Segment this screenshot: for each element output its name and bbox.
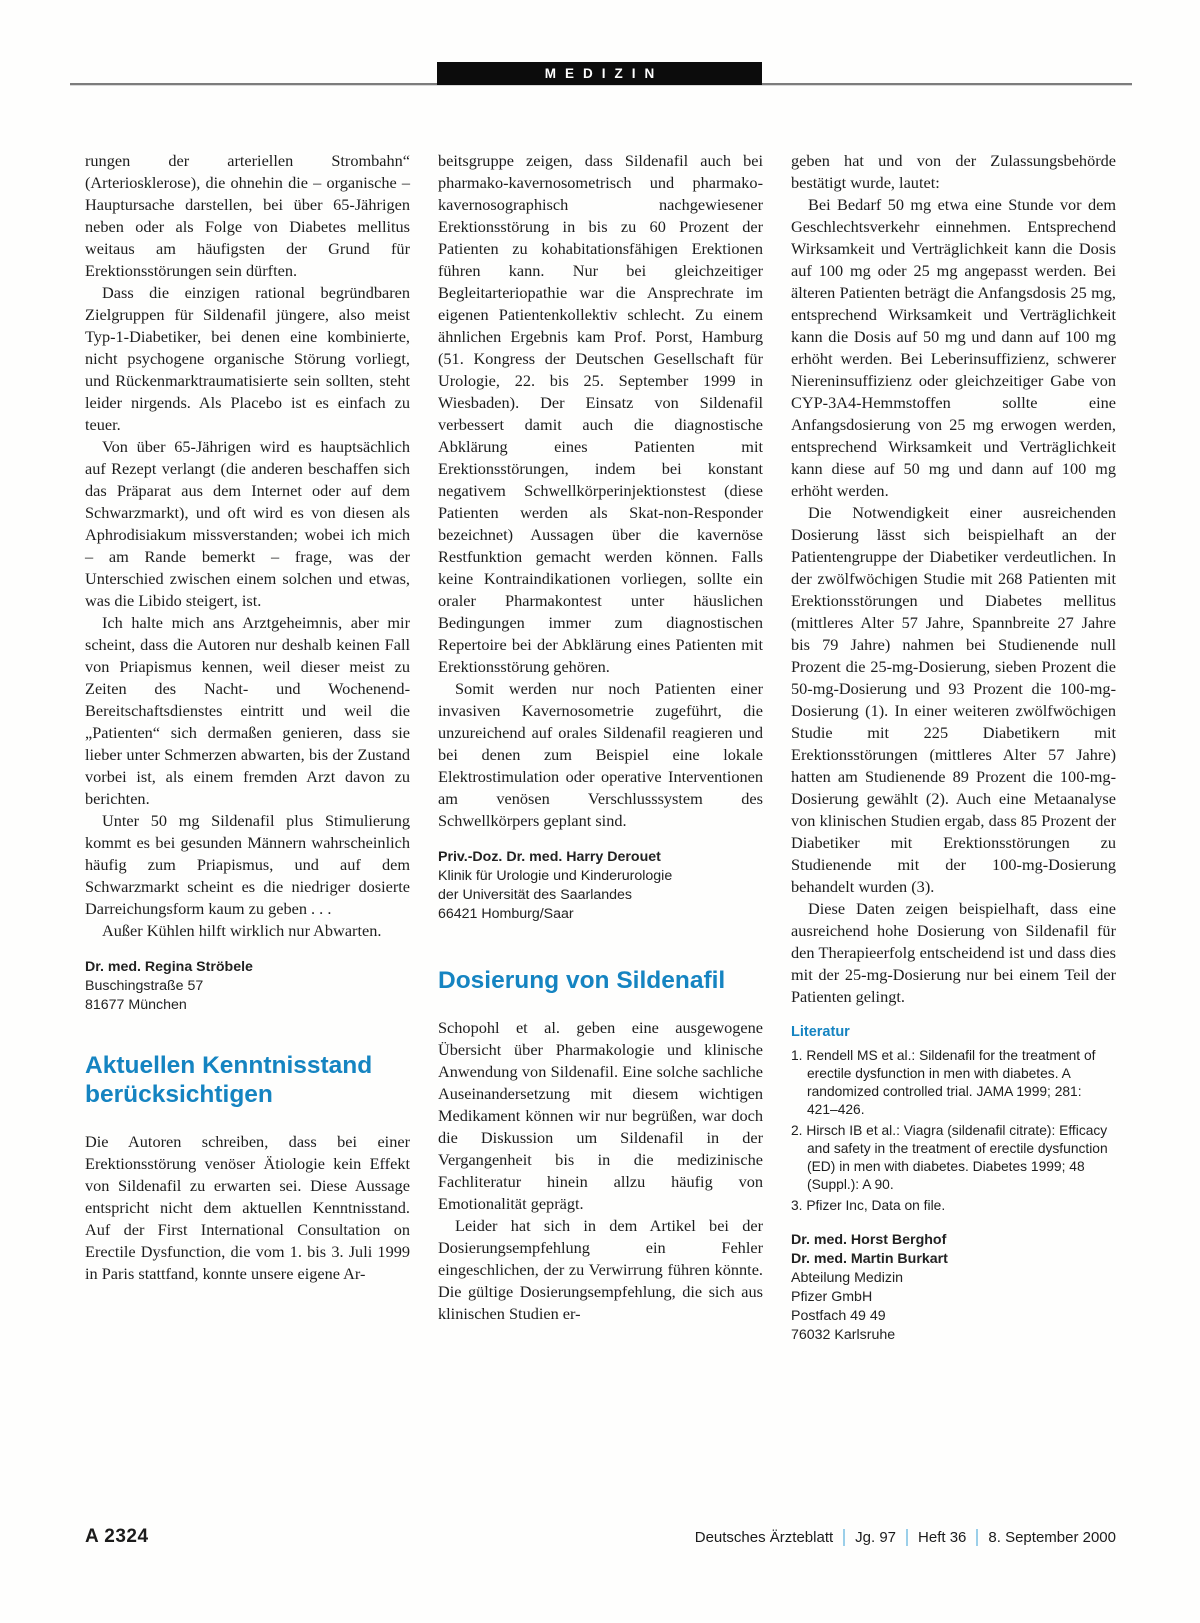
journal-meta: Deutsches Ärzteblatt Jg. 97 Heft 36 8. S… bbox=[695, 1529, 1116, 1546]
footer-separator bbox=[906, 1529, 908, 1546]
body-paragraph: Leider hat sich in dem Artikel bei der D… bbox=[438, 1215, 763, 1325]
author-address-line: 66421 Homburg/Saar bbox=[438, 905, 763, 924]
author-address-line: Buschingstraße 57 bbox=[85, 977, 410, 996]
body-paragraph: geben hat und von der Zulassungsbehörde … bbox=[791, 150, 1116, 194]
reference-number: 1. bbox=[791, 1048, 803, 1063]
page-footer: A 2324 Deutsches Ärzteblatt Jg. 97 Heft … bbox=[85, 1526, 1116, 1548]
journal-issue: Heft 36 bbox=[918, 1529, 966, 1546]
body-paragraph: Schopohl et al. geben eine ausgewogene Ü… bbox=[438, 1017, 763, 1215]
section-heading: Aktuellen Kenntnisstand berücksichtigen bbox=[85, 1051, 410, 1109]
body-paragraph: Von über 65-Jährigen wird es hauptsächli… bbox=[85, 436, 410, 612]
footer-separator bbox=[843, 1529, 845, 1546]
body-paragraph: Diese Daten zeigen beispielhaft, dass ei… bbox=[791, 898, 1116, 1008]
author-name: Dr. med. Regina Ströbele bbox=[85, 958, 410, 977]
author-address-line: der Universität des Saarlandes bbox=[438, 886, 763, 905]
body-paragraph: Dass die einzigen rational begründbaren … bbox=[85, 282, 410, 436]
body-paragraph: Außer Kühlen hilft wirklich nur Abwarten… bbox=[85, 920, 410, 942]
section-banner: MEDIZIN bbox=[437, 62, 762, 85]
column-1: rungen der arteriellen Strombahn“ (Arter… bbox=[85, 150, 410, 1345]
journal-date: 8. September 2000 bbox=[988, 1529, 1116, 1546]
reference-item: 3. Pfizer Inc, Data on file. bbox=[791, 1197, 1116, 1215]
literature-heading: Literatur bbox=[791, 1024, 1116, 1040]
page-number: A 2324 bbox=[85, 1526, 149, 1548]
body-paragraph: Unter 50 mg Sildenafil plus Stimulierung… bbox=[85, 810, 410, 920]
author-address-line: Abteilung Medizin bbox=[791, 1269, 1116, 1288]
column-3: geben hat und von der Zulassungsbehörde … bbox=[791, 150, 1116, 1345]
journal-volume: Jg. 97 bbox=[855, 1529, 896, 1546]
author-address-line: Postfach 49 49 bbox=[791, 1307, 1116, 1326]
reference-text: Rendell MS et al.: Sildenafil for the tr… bbox=[806, 1048, 1095, 1117]
body-paragraph: Die Autoren schreiben, dass bei einer Er… bbox=[85, 1131, 410, 1285]
author-address-line: 81677 München bbox=[85, 996, 410, 1015]
author-address-line: Pfizer GmbH bbox=[791, 1288, 1116, 1307]
body-paragraph: rungen der arteriellen Strombahn“ (Arter… bbox=[85, 150, 410, 282]
column-2: beitsgruppe zeigen, dass Sildenafil auch… bbox=[438, 150, 763, 1345]
reference-number: 2. bbox=[791, 1123, 803, 1138]
author-name: Priv.-Doz. Dr. med. Harry Derouet bbox=[438, 848, 763, 867]
section-heading: Dosierung von Sildenafil bbox=[438, 966, 763, 995]
author-address-line: 76032 Karlsruhe bbox=[791, 1326, 1116, 1345]
body-paragraph: Ich halte mich ans Arztgeheimnis, aber m… bbox=[85, 612, 410, 810]
reference-item: 2. Hirsch IB et al.: Viagra (sildenafil … bbox=[791, 1122, 1116, 1194]
body-paragraph: Bei Bedarf 50 mg etwa eine Stunde vor de… bbox=[791, 194, 1116, 502]
footer-separator bbox=[976, 1529, 978, 1546]
author-address-line: Klinik für Urologie und Kinderurologie bbox=[438, 867, 763, 886]
author-name: Dr. med. Martin Burkart bbox=[791, 1250, 1116, 1269]
reference-text: Pfizer Inc, Data on file. bbox=[806, 1198, 945, 1213]
journal-name: Deutsches Ärzteblatt bbox=[695, 1529, 833, 1546]
author-name: Dr. med. Horst Berghof bbox=[791, 1231, 1116, 1250]
article-body: rungen der arteriellen Strombahn“ (Arter… bbox=[85, 150, 1116, 1345]
reference-text: Hirsch IB et al.: Viagra (sildenafil cit… bbox=[806, 1123, 1107, 1192]
author-block: Dr. med. Horst Berghof Dr. med. Martin B… bbox=[791, 1231, 1116, 1345]
body-paragraph: Somit werden nur noch Patienten einer in… bbox=[438, 678, 763, 832]
reference-number: 3. bbox=[791, 1198, 803, 1213]
author-block: Priv.-Doz. Dr. med. Harry Derouet Klinik… bbox=[438, 848, 763, 924]
body-paragraph: beitsgruppe zeigen, dass Sildenafil auch… bbox=[438, 150, 763, 678]
reference-item: 1. Rendell MS et al.: Sildenafil for the… bbox=[791, 1047, 1116, 1119]
body-paragraph: Die Notwendigkeit einer ausreichenden Do… bbox=[791, 502, 1116, 898]
author-block: Dr. med. Regina Ströbele Buschingstraße … bbox=[85, 958, 410, 1015]
journal-page: MEDIZIN rungen der arteriellen Strombahn… bbox=[0, 0, 1200, 1623]
